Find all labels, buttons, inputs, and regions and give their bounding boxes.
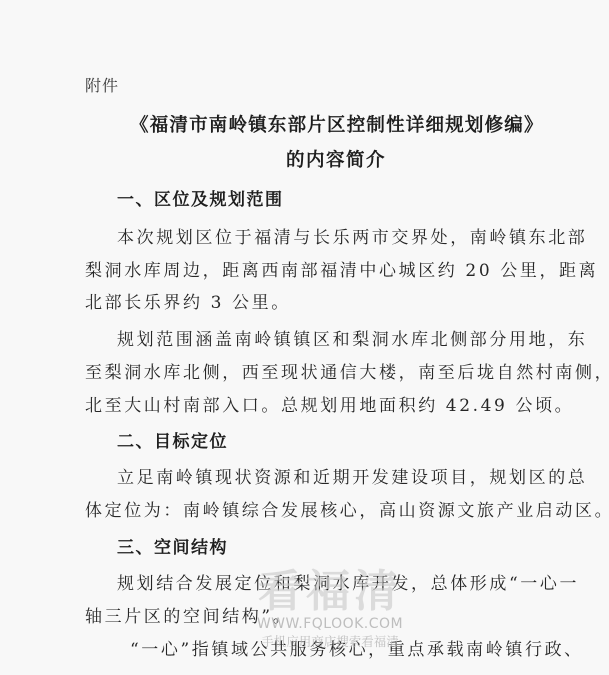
document-page: 附件 《福清市南岭镇东部片区控制性详细规划修编》 的内容简介 一、区位及规划范围… [0, 0, 609, 675]
attachment-label: 附件 [85, 76, 119, 96]
document-title: 《福清市南岭镇东部片区控制性详细规划修编》 [130, 116, 544, 136]
paragraph-line: 梨洞水库周边，距离西南部福清中心城区约 20 公里，距离 [85, 261, 598, 281]
paragraph-line: 本次规划区位于福清与长乐两市交界处，南岭镇东北部 [117, 228, 587, 248]
paragraph-line: 轴三片区的空间结构”。 [85, 607, 292, 627]
section-heading-location: 一、区位及规划范围 [117, 190, 284, 210]
paragraph-line: 北部长乐界约 3 公里。 [85, 293, 291, 313]
paragraph-line: 规划范围涵盖南岭镇镇区和梨洞水库北侧部分用地，东 [117, 330, 587, 350]
document-subtitle: 的内容简介 [286, 151, 386, 171]
paragraph-line: 体定位为：南岭镇综合发展核心，高山资源文旅产业启动区。 [85, 501, 609, 521]
paragraph-line: 至梨洞水库北侧，西至现状通信大楼，南至后垅自然村南侧， [85, 363, 609, 383]
paragraph-line: “一心”指镇域公共服务核心，重点承载南岭镇行政、 [130, 640, 584, 660]
paragraph-line: 立足南岭镇现状资源和近期开发建设项目，规划区的总 [117, 468, 587, 488]
paragraph-line: 规划结合发展定位和梨洞水库开发，总体形成“一心一 [117, 574, 579, 594]
section-heading-spatial-structure: 三、空间结构 [117, 538, 228, 558]
paragraph-line: 北至大山村南部入口。总规划用地面积约 42.49 公顷。 [85, 396, 574, 416]
section-heading-positioning: 二、目标定位 [117, 432, 228, 452]
